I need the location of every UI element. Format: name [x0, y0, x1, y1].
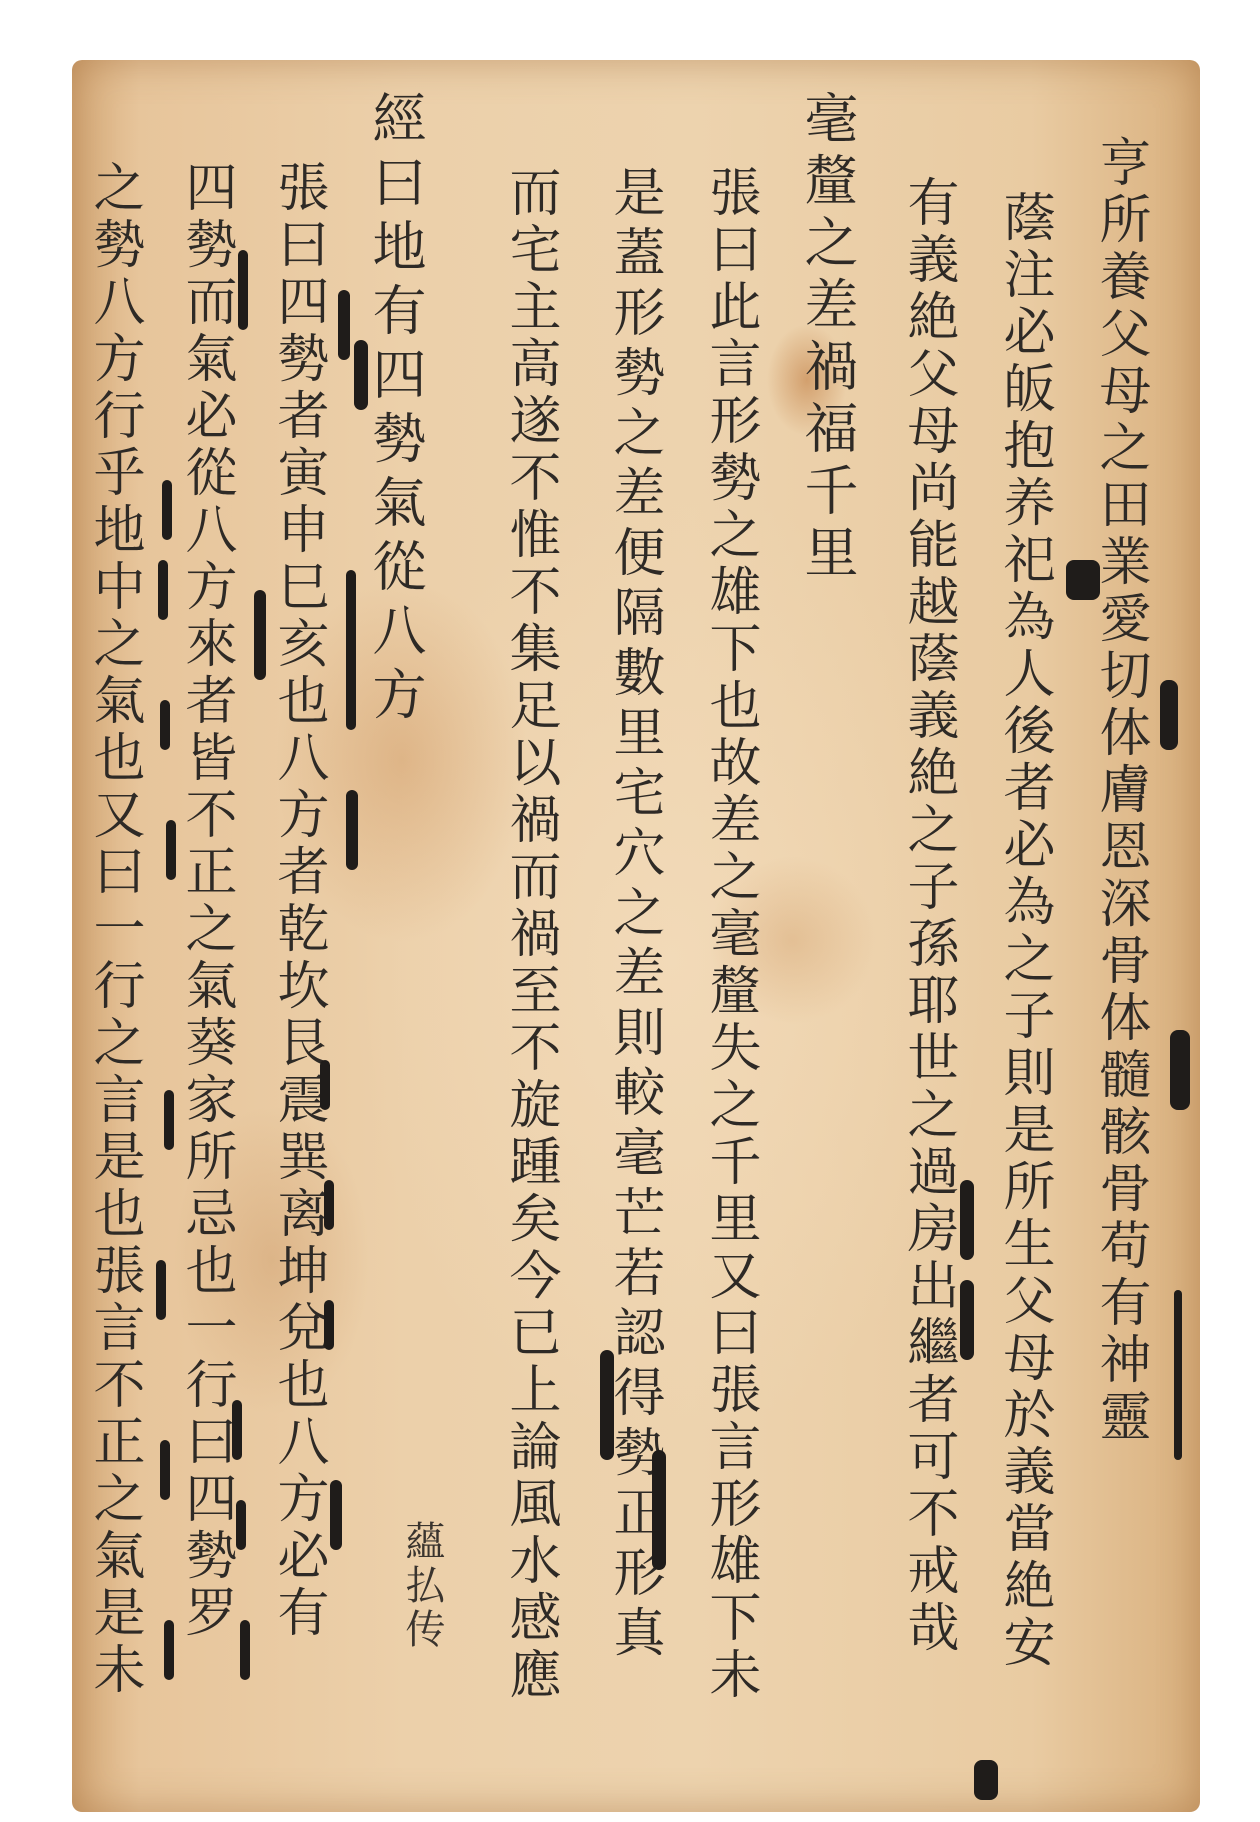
ink-mark: [960, 1280, 974, 1360]
ink-mark: [240, 1620, 250, 1680]
ink-mark: [160, 700, 170, 750]
ink-mark: [330, 1480, 342, 1550]
ink-mark: [324, 1180, 334, 1230]
ink-mark: [600, 1350, 614, 1460]
ink-mark: [156, 1260, 166, 1320]
ink-mark: [346, 790, 358, 870]
ink-mark: [158, 560, 168, 620]
ink-mark: [160, 1440, 170, 1500]
text-column-9: 張曰四勢者寅申巳亥也八方者乾坎艮震巽离坤兌也八方必有: [272, 160, 324, 1642]
ink-mark: [164, 1620, 174, 1680]
text-column-3: 有義絶父母尚能越蔭義絶之子孫耶世之過房出繼者可不戒哉: [902, 175, 954, 1657]
ink-mark: [974, 1760, 998, 1800]
ink-mark: [162, 480, 172, 540]
ink-mark: [1160, 680, 1178, 750]
ink-mark: [354, 340, 368, 410]
text-column-11: 之勢八方行乎地中之氣也又曰一行之言是也張言不正之氣是未: [88, 160, 140, 1699]
ink-mark: [254, 590, 266, 680]
text-column-8-heading: 經曰地有四勢氣從八方: [368, 90, 422, 730]
ink-mark: [1170, 1030, 1190, 1110]
ink-mark: [346, 570, 356, 730]
ink-mark: [960, 1180, 974, 1260]
ink-mark: [1174, 1290, 1182, 1460]
ink-mark: [338, 290, 350, 360]
ink-mark: [164, 1090, 174, 1150]
text-column-8-note: 蘊払传: [402, 1520, 442, 1652]
text-column-10: 四勢而氣必從八方來者皆不正之氣葵家所忌也一行曰四勢罗: [180, 160, 232, 1642]
ink-mark: [238, 250, 248, 330]
text-column-1: 亨所養父母之田業愛切体膚恩深骨体髓骸骨苟有神靈: [1094, 135, 1146, 1446]
manuscript-page: 亨所養父母之田業愛切体膚恩深骨体髓骸骨苟有神靈 蔭注必皈抱养祀為人後者必為之子則…: [72, 60, 1200, 1812]
text-column-6: 是蓋形勢之差便隔數里宅穴之差則較毫芒若認得勢正形真: [608, 165, 660, 1665]
ink-mark: [324, 1300, 334, 1350]
text-column-4-heading: 毫釐之差禍福千里: [800, 90, 854, 586]
ink-mark: [232, 1400, 242, 1460]
ink-mark: [1066, 560, 1100, 600]
text-column-7: 而宅主高遂不惟不集足以禍而禍至不旋踵矣今已上論風水感應: [504, 165, 556, 1704]
ink-mark: [166, 820, 176, 880]
ink-mark: [652, 1450, 666, 1570]
text-column-5: 張曰此言形勢之雄下也故差之毫釐失之千里又曰張言形雄下未: [704, 165, 756, 1704]
text-column-2: 蔭注必皈抱养祀為人後者必為之子則是所生父母於義當絶安: [998, 190, 1050, 1672]
ink-mark: [320, 1060, 330, 1110]
ink-mark: [236, 1500, 246, 1550]
